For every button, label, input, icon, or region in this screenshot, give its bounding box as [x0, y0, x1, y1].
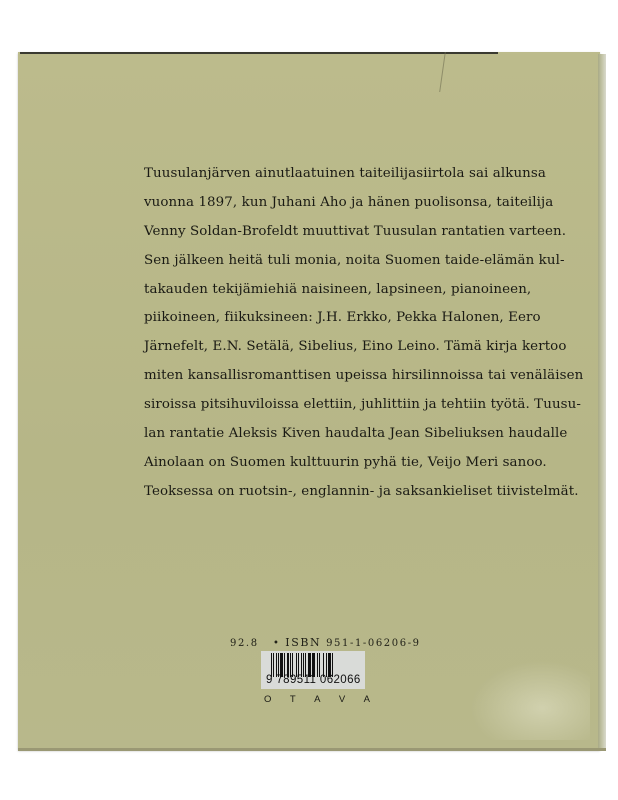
blurb-text: Tuusulanjärven ainutlaatuinen taiteilija… [144, 160, 478, 507]
barcode-digits: 9 789511 062066 [266, 674, 362, 686]
cover-bottom-edge [18, 748, 606, 751]
blurb-line: Järnefelt, E.N. Setälä, Sibelius, Eino L… [144, 333, 478, 362]
blurb-line: Teoksessa on ruotsin-, englannin- ja sak… [144, 478, 478, 507]
bullet-icon: • [273, 638, 281, 649]
blurb-line: Sen jälkeen heitä tuli monia, noita Suom… [144, 247, 478, 276]
isbn-number: 951-1-06206-9 [326, 638, 421, 649]
isbn-line: 92.8 • ISBN 951-1-06206-9 [230, 636, 430, 649]
classification-code: 92.8 [230, 638, 259, 649]
blurb-line: miten kansallisromanttisen upeissa hirsi… [144, 362, 478, 391]
blurb-line: lan rantatie Aleksis Kiven haudalta Jean… [144, 420, 478, 449]
publisher-letter: A [364, 694, 370, 705]
blurb-line: piikoineen, fiikuksineen: J.H. Erkko, Pe… [144, 304, 478, 333]
blurb-line: Venny Soldan-Brofeldt muuttivat Tuusulan… [144, 218, 478, 247]
blurb-line: vuonna 1897, kun Juhani Aho ja hänen puo… [144, 189, 478, 218]
publisher-letter: O [264, 694, 271, 705]
blurb-line: takauden tekijämiehiä naisineen, lapsine… [144, 276, 478, 305]
publisher-letter: T [290, 694, 296, 705]
blurb-line: Tuusulanjärven ainutlaatuinen taiteilija… [144, 160, 478, 189]
isbn-label: ISBN [285, 636, 321, 649]
barcode: 9 789511 062066 [261, 651, 365, 689]
cover-glare [470, 660, 590, 740]
blurb-line: siroissa pitsihuviloissa elettiin, juhli… [144, 391, 478, 420]
blurb-line: Ainolaan on Suomen kulttuurin pyhä tie, … [144, 449, 478, 478]
publisher-letter: A [314, 694, 320, 705]
publisher-logo: O T A V A [264, 694, 370, 705]
publisher-letter: V [339, 694, 345, 705]
cover-spine-edge [598, 54, 606, 748]
cover-top-edge [20, 52, 498, 54]
